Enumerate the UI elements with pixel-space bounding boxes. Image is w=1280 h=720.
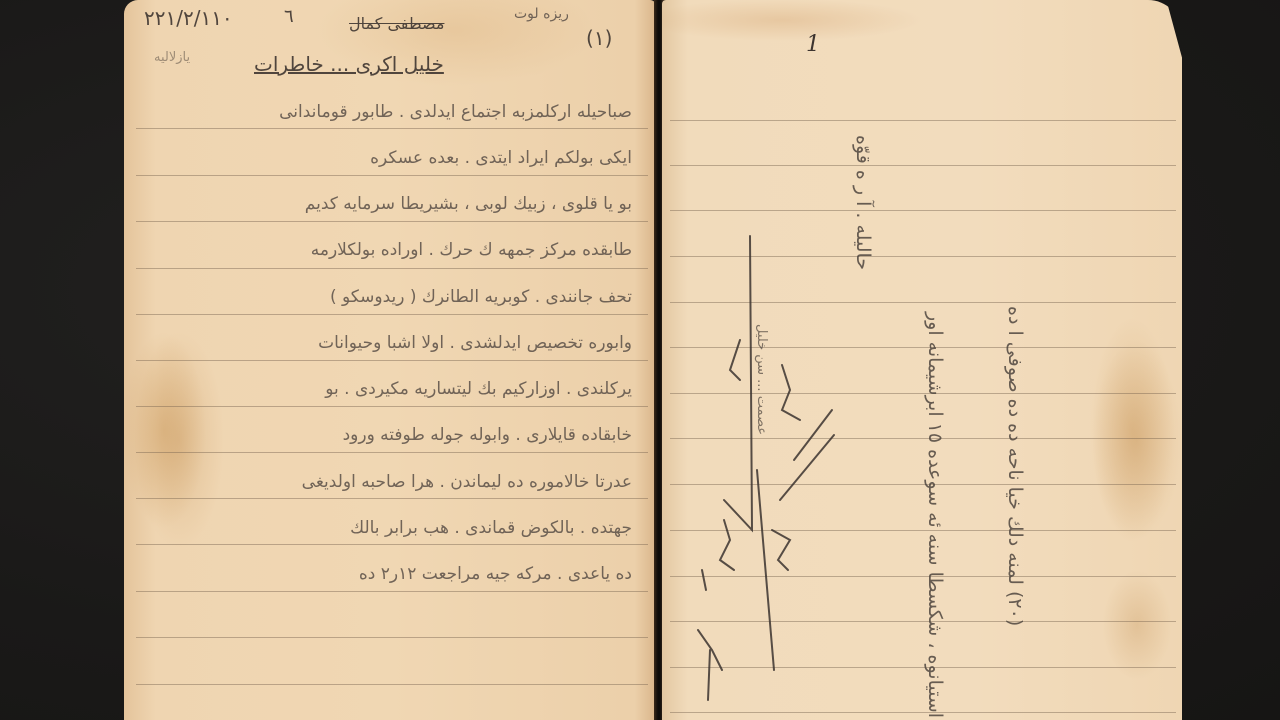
vertical-text-column: (٢٠) لمنه دلك خيا ناحه ده ده صوفى ا ده xyxy=(1004,66,1026,626)
text-line: بو يا قلوى ، زبيك لوبى ، بشيريطا سرمايه … xyxy=(305,194,632,214)
ruled-line xyxy=(136,637,648,638)
item-number: (١) xyxy=(586,26,612,50)
water-stain xyxy=(1102,570,1172,680)
ruled-line xyxy=(136,128,648,129)
text-line: ده ياعدى . مركه جيه مراجعت ١٢ر٢ ده xyxy=(359,564,632,584)
ruled-line xyxy=(670,120,1176,121)
ruled-line xyxy=(136,498,648,499)
page-number: 1 xyxy=(806,32,820,57)
vertical-text-column: استيانوه ، شكسطا سنه ئه سوعده ١٥ ابرشيما… xyxy=(924,68,946,718)
text-line: صباحيله اركلمزبه اجتماع ايدلدى . طابور ق… xyxy=(279,102,632,122)
entry-date: ٢٢١/٢/١١٠ xyxy=(144,6,233,30)
text-line: خابقاده قايلارى . وابوله جوله طوفته ورود xyxy=(343,425,632,445)
ruled-line xyxy=(136,314,648,315)
ruled-line xyxy=(670,210,1176,211)
water-stain xyxy=(1092,340,1182,540)
ruled-line xyxy=(136,591,648,592)
top-note: ريزه لوت xyxy=(514,6,569,22)
notebook-right-page: 1 حاليله . آ ر ه قوّه استيانوه ، شكسطا س… xyxy=(662,0,1182,720)
signature-text: عصمت ... سن خليل xyxy=(754,345,769,435)
notebook-left-page: ٢٢١/٢/١١٠ ٦ مصطفى كمال ريزه لوت (١) خليل… xyxy=(124,0,656,720)
ruled-line xyxy=(136,406,648,407)
signature-mark xyxy=(682,230,862,710)
ruled-line xyxy=(136,544,648,545)
text-line: ايكى بولكم ايراد ايتدى . بعده عسكره xyxy=(370,148,632,168)
water-stain xyxy=(134,330,224,550)
text-line: تحف جانندى . كوبريه الطانرك ( ريدوسكو ) xyxy=(330,287,632,307)
text-line: يركلندى . اوزاركيم بك ليتساريه مكيردى . … xyxy=(325,379,632,399)
ruled-line xyxy=(136,221,648,222)
ruled-line xyxy=(136,360,648,361)
ruled-line xyxy=(136,175,648,176)
text-line: وابوره تخصيص ايدلشدى . اولا اشبا وحيوانا… xyxy=(318,333,632,353)
ruled-line xyxy=(136,684,648,685)
struck-out-heading: مصطفى كمال xyxy=(349,14,444,33)
text-line: طابقده مركز جمهه ك حرك . اوراده بولكلارم… xyxy=(311,240,632,260)
notebook-title: خليل اكرى ... خاطرات xyxy=(254,52,444,76)
entry-mark: ٦ xyxy=(284,6,294,27)
ruled-line xyxy=(136,452,648,453)
margin-note: يازلاليه xyxy=(154,50,190,65)
ruled-line xyxy=(670,165,1176,166)
ruled-line xyxy=(136,268,648,269)
text-line: جهتده . بالكوض قماندى . هب برابر بالك xyxy=(350,518,632,538)
text-line: عدرتا خالاموره ده ليماندن . هرا صاحبه او… xyxy=(302,472,632,492)
ruled-line xyxy=(670,712,1176,713)
